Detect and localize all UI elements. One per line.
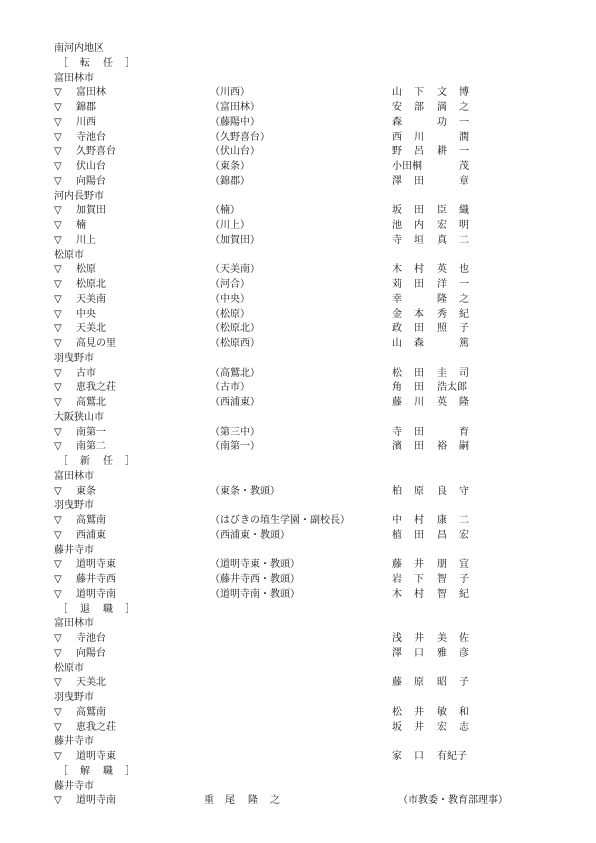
school-name: 南第二 bbox=[76, 440, 106, 454]
name-char: 柏 bbox=[392, 485, 402, 499]
school-name: 伏山台 bbox=[76, 160, 106, 174]
city-heading: 松原市 bbox=[54, 662, 554, 676]
previous-post: （東条） bbox=[210, 160, 250, 174]
section-label-char: 任 bbox=[103, 57, 113, 71]
name-char: 安 bbox=[392, 101, 402, 115]
name-char: 之 bbox=[459, 293, 469, 307]
triangle-marker-icon: ▽ bbox=[54, 337, 62, 351]
section-label-char: 任 bbox=[103, 455, 113, 469]
name-char: 也 bbox=[459, 263, 469, 277]
name-char: 田 bbox=[414, 367, 424, 381]
city-heading: 河内長野市 bbox=[54, 190, 554, 204]
school-name: 向陽台 bbox=[76, 647, 106, 661]
triangle-marker-icon: ▽ bbox=[54, 794, 62, 808]
name-char: 村 bbox=[414, 514, 424, 528]
personnel-row: ▽西浦東（西浦東・教頭）植田昌宏 bbox=[54, 529, 554, 543]
document-page: 南河内地区［転任］富田林市▽富田林（川西）山下文博▽錦郡（富田林）安部満之▽川西… bbox=[0, 0, 596, 843]
triangle-marker-icon: ▽ bbox=[54, 160, 62, 174]
school-name: 寺池台 bbox=[76, 131, 106, 145]
city-heading: 羽曳野市 bbox=[54, 352, 554, 366]
personnel-row: ▽松原北（河合）苅田洋一 bbox=[54, 278, 554, 292]
previous-post: （東条・教頭） bbox=[210, 485, 280, 499]
name-char: 田 bbox=[414, 440, 424, 454]
name-char: 松 bbox=[392, 367, 402, 381]
school-name: 古市 bbox=[76, 367, 96, 381]
section-label-char: ［ bbox=[58, 57, 68, 71]
personnel-row: ▽恵我之荘（古市）角田浩太郎 bbox=[54, 381, 554, 395]
name-char: 濱 bbox=[392, 440, 402, 454]
section-label-char: 職 bbox=[103, 765, 113, 779]
name-char: 一 bbox=[459, 145, 469, 159]
name-char: 澤 bbox=[392, 175, 402, 189]
name-char: 本 bbox=[414, 308, 424, 322]
name-char: 智 bbox=[437, 573, 447, 587]
name-char: 田 bbox=[414, 381, 424, 395]
school-name: 道明寺南 bbox=[76, 588, 116, 602]
name-char: 川 bbox=[414, 131, 424, 145]
name-char: 宏 bbox=[459, 529, 469, 543]
name-char: 木 bbox=[392, 588, 402, 602]
name-char: 之 bbox=[270, 794, 280, 808]
previous-post: （松原北） bbox=[210, 322, 260, 336]
personnel-row: ▽南第二（南第一）濱田裕嗣 bbox=[54, 440, 554, 454]
name-char: 守 bbox=[459, 485, 469, 499]
school-name: 楠 bbox=[76, 219, 86, 233]
previous-post: （はびきの埴生学園・副校長） bbox=[210, 514, 350, 528]
personnel-row: ▽天美北藤原昭子 bbox=[54, 676, 554, 690]
name-char: 下 bbox=[414, 573, 424, 587]
name-char: 中 bbox=[392, 514, 402, 528]
section-heading: ［退職］ bbox=[54, 603, 554, 617]
name-char: 尾 bbox=[225, 794, 235, 808]
name-char: 和 bbox=[459, 706, 469, 720]
previous-post: （加賀田） bbox=[210, 234, 260, 248]
school-name: 恵我之荘 bbox=[76, 721, 116, 735]
triangle-marker-icon: ▽ bbox=[54, 131, 62, 145]
personnel-row: ▽恵我之荘坂井宏志 bbox=[54, 721, 554, 735]
school-name: 寺池台 bbox=[76, 632, 106, 646]
triangle-marker-icon: ▽ bbox=[54, 750, 62, 764]
city-name: 藤井寺市 bbox=[54, 735, 94, 749]
school-name: 藤井寺西 bbox=[76, 573, 116, 587]
personnel-row: ▽錦郡（富田林）安部満之 bbox=[54, 101, 554, 115]
name-char: 垣 bbox=[414, 234, 424, 248]
name-char: 内 bbox=[414, 219, 424, 233]
name-char: 井 bbox=[414, 706, 424, 720]
city-name: 松原市 bbox=[54, 249, 84, 263]
name-char: 嗣 bbox=[459, 440, 469, 454]
name-char: 佐 bbox=[459, 632, 469, 646]
personnel-row: ▽古市（高鷲北）松田圭司 bbox=[54, 367, 554, 381]
name-char: 池 bbox=[392, 219, 402, 233]
previous-post: （松原西） bbox=[210, 337, 260, 351]
city-name: 羽曳野市 bbox=[54, 499, 94, 513]
personnel-row: ▽高鷲南松井敏和 bbox=[54, 706, 554, 720]
school-name: 中央 bbox=[76, 308, 96, 322]
section-label-char: ［ bbox=[58, 603, 68, 617]
personnel-row: ▽伏山台（東条）小田桐茂 bbox=[54, 160, 554, 174]
name-char: 昭 bbox=[437, 676, 447, 690]
city-name: 大阪狭山市 bbox=[54, 411, 104, 425]
name-char: 照 bbox=[437, 322, 447, 336]
previous-post: （道明寺東・教頭） bbox=[210, 558, 300, 572]
name-char: 藤 bbox=[392, 558, 402, 572]
name-char: 川 bbox=[414, 396, 424, 410]
district-heading: 南河内地区 bbox=[54, 42, 554, 56]
city-name: 富田林市 bbox=[54, 72, 94, 86]
name-char: 金 bbox=[392, 308, 402, 322]
name-char: 雅 bbox=[437, 647, 447, 661]
name-char: 隆 bbox=[459, 396, 469, 410]
school-name: 西浦東 bbox=[76, 529, 106, 543]
previous-post: （錦郡） bbox=[210, 175, 250, 189]
section-heading: ［新任］ bbox=[54, 455, 554, 469]
name-char: 司 bbox=[459, 367, 469, 381]
name-char: 秀 bbox=[437, 308, 447, 322]
name-char: 森 bbox=[392, 116, 402, 130]
triangle-marker-icon: ▽ bbox=[54, 145, 62, 159]
name-char: 隆 bbox=[248, 794, 258, 808]
school-name: 向陽台 bbox=[76, 175, 106, 189]
school-name: 富田林 bbox=[76, 86, 106, 100]
name-char: 真 bbox=[437, 234, 447, 248]
section-label-char: 解 bbox=[80, 765, 90, 779]
name-char: 呂 bbox=[414, 145, 424, 159]
name-char: 田 bbox=[414, 426, 424, 440]
triangle-marker-icon: ▽ bbox=[54, 293, 62, 307]
section-label-char: ］ bbox=[125, 765, 135, 779]
name-char: 朋 bbox=[437, 558, 447, 572]
school-name: 高見の里 bbox=[76, 337, 116, 351]
city-name: 富田林市 bbox=[54, 617, 94, 631]
city-heading: 羽曳野市 bbox=[54, 691, 554, 705]
name-char: 寺 bbox=[392, 234, 402, 248]
triangle-marker-icon: ▽ bbox=[54, 381, 62, 395]
city-name: 河内長野市 bbox=[54, 190, 104, 204]
name-char: 育 bbox=[459, 426, 469, 440]
name-char: 苅 bbox=[392, 278, 402, 292]
city-heading: 羽曳野市 bbox=[54, 499, 554, 513]
previous-post: （川西） bbox=[210, 86, 250, 100]
triangle-marker-icon: ▽ bbox=[54, 396, 62, 410]
triangle-marker-icon: ▽ bbox=[54, 632, 62, 646]
school-name: 南第一 bbox=[76, 426, 106, 440]
name-char: 満 bbox=[437, 101, 447, 115]
school-name: 松原 bbox=[76, 263, 96, 277]
personnel-row: ▽道明寺東（道明寺東・教頭）藤井朋宜 bbox=[54, 558, 554, 572]
section-label-char: 職 bbox=[103, 603, 113, 617]
city-name: 松原市 bbox=[54, 662, 84, 676]
personnel-row: ▽川上（加賀田）寺垣真二 bbox=[54, 234, 554, 248]
new-post-note: （市教委・教育部理事） bbox=[398, 794, 508, 808]
previous-post: （富田林） bbox=[210, 101, 260, 115]
name-char: 宏 bbox=[437, 721, 447, 735]
name-char: 田 bbox=[414, 278, 424, 292]
section-label-char: 新 bbox=[80, 455, 90, 469]
name-char: 英 bbox=[437, 263, 447, 277]
name-char: 英 bbox=[437, 396, 447, 410]
name-char: 織 bbox=[459, 204, 469, 218]
personnel-row: ▽高見の里（松原西）山森篤 bbox=[54, 337, 554, 351]
name-char: 臣 bbox=[437, 204, 447, 218]
school-name: 恵我之荘 bbox=[76, 381, 116, 395]
school-name: 高鷲北 bbox=[76, 396, 106, 410]
name-char: 文 bbox=[437, 86, 447, 100]
previous-post: （第三中） bbox=[210, 426, 260, 440]
city-heading: 藤井寺市 bbox=[54, 735, 554, 749]
name-char: 宏 bbox=[437, 219, 447, 233]
triangle-marker-icon: ▽ bbox=[54, 558, 62, 572]
city-name: 富田林市 bbox=[54, 470, 94, 484]
personnel-row: ▽向陽台澤口雅彦 bbox=[54, 647, 554, 661]
name-char: 子 bbox=[459, 676, 469, 690]
previous-post: （久野喜台） bbox=[210, 131, 270, 145]
triangle-marker-icon: ▽ bbox=[54, 647, 62, 661]
name-char: 潤 bbox=[459, 131, 469, 145]
name-char: 美 bbox=[437, 632, 447, 646]
previous-post: （川上） bbox=[210, 219, 250, 233]
section-label-char: 退 bbox=[80, 603, 90, 617]
name-char: 下 bbox=[414, 86, 424, 100]
previous-post: （伏山台） bbox=[210, 145, 260, 159]
triangle-marker-icon: ▽ bbox=[54, 175, 62, 189]
school-name: 高鷲南 bbox=[76, 514, 106, 528]
personnel-row: ▽藤井寺西（藤井寺西・教頭）岩下智子 bbox=[54, 573, 554, 587]
name-char: 藤 bbox=[392, 396, 402, 410]
triangle-marker-icon: ▽ bbox=[54, 588, 62, 602]
name-char: 重 bbox=[204, 794, 214, 808]
name-char: 浩太郎 bbox=[437, 381, 467, 395]
name-char: 田 bbox=[414, 175, 424, 189]
personnel-row: ▽川西（藤陽中）森功一 bbox=[54, 116, 554, 130]
previous-post: （松原） bbox=[210, 308, 250, 322]
name-char: 裕 bbox=[437, 440, 447, 454]
triangle-marker-icon: ▽ bbox=[54, 278, 62, 292]
section-label-char: 転 bbox=[80, 57, 90, 71]
name-char: 茂 bbox=[459, 160, 469, 174]
city-heading: 藤井寺市 bbox=[54, 780, 554, 794]
personnel-row: ▽富田林（川西）山下文博 bbox=[54, 86, 554, 100]
name-char: 田 bbox=[414, 322, 424, 336]
section-label-char: ［ bbox=[58, 765, 68, 779]
city-heading: 富田林市 bbox=[54, 470, 554, 484]
school-name: 高鷲南 bbox=[76, 706, 106, 720]
name-char: 二 bbox=[459, 514, 469, 528]
name-char: 木 bbox=[392, 263, 402, 277]
name-char: 藤 bbox=[392, 676, 402, 690]
name-char: 子 bbox=[459, 573, 469, 587]
name-char: 敏 bbox=[437, 706, 447, 720]
triangle-marker-icon: ▽ bbox=[54, 573, 62, 587]
name-char: 井 bbox=[414, 632, 424, 646]
triangle-marker-icon: ▽ bbox=[54, 529, 62, 543]
triangle-marker-icon: ▽ bbox=[54, 204, 62, 218]
triangle-marker-icon: ▽ bbox=[54, 86, 62, 100]
previous-post: （道明寺南・教頭） bbox=[210, 588, 300, 602]
triangle-marker-icon: ▽ bbox=[54, 721, 62, 735]
previous-post: （西浦東） bbox=[210, 396, 260, 410]
previous-post: （藤陽中） bbox=[210, 116, 260, 130]
triangle-marker-icon: ▽ bbox=[54, 426, 62, 440]
name-char: 野 bbox=[392, 145, 402, 159]
school-name: 久野喜台 bbox=[76, 145, 116, 159]
previous-post: （河合） bbox=[210, 278, 250, 292]
personnel-row: ▽東条（東条・教頭）柏原良守 bbox=[54, 485, 554, 499]
city-heading: 松原市 bbox=[54, 249, 554, 263]
triangle-marker-icon: ▽ bbox=[54, 676, 62, 690]
section-label-char: ［ bbox=[58, 455, 68, 469]
personnel-row: ▽道明寺南重尾隆之（市教委・教育部理事） bbox=[54, 794, 554, 808]
name-char: 篤 bbox=[459, 337, 469, 351]
school-name: 道明寺東 bbox=[76, 750, 116, 764]
section-heading: ［転任］ bbox=[54, 57, 554, 71]
personnel-row: ▽高鷲北（西浦東）藤川英隆 bbox=[54, 396, 554, 410]
name-char: 井 bbox=[414, 721, 424, 735]
previous-post: （藤井寺西・教頭） bbox=[210, 573, 300, 587]
previous-post: （南第一） bbox=[210, 440, 260, 454]
name-char: 子 bbox=[459, 322, 469, 336]
triangle-marker-icon: ▽ bbox=[54, 263, 62, 277]
name-char: 森 bbox=[414, 337, 424, 351]
school-name: 錦郡 bbox=[76, 101, 96, 115]
city-heading: 富田林市 bbox=[54, 617, 554, 631]
name-char: 寺 bbox=[392, 426, 402, 440]
section-label-char: ］ bbox=[125, 603, 135, 617]
school-name: 天美北 bbox=[76, 676, 106, 690]
previous-post: （楠） bbox=[210, 204, 240, 218]
triangle-marker-icon: ▽ bbox=[54, 514, 62, 528]
city-heading: 藤井寺市 bbox=[54, 544, 554, 558]
name-char: 政 bbox=[392, 322, 402, 336]
name-char: 部 bbox=[414, 101, 424, 115]
name-char: 植 bbox=[392, 529, 402, 543]
personnel-row: ▽楠（川上）池内宏明 bbox=[54, 219, 554, 233]
name-char: 井 bbox=[414, 558, 424, 572]
name-char: 村 bbox=[414, 588, 424, 602]
name-char: 田 bbox=[414, 204, 424, 218]
name-char: 家 bbox=[392, 750, 402, 764]
triangle-marker-icon: ▽ bbox=[54, 367, 62, 381]
school-name: 天美北 bbox=[76, 322, 106, 336]
name-char: 角 bbox=[392, 381, 402, 395]
name-char: 西 bbox=[392, 131, 402, 145]
name-char: 博 bbox=[459, 86, 469, 100]
name-char: 紀 bbox=[459, 308, 469, 322]
personnel-row: ▽向陽台（錦郡）澤田章 bbox=[54, 175, 554, 189]
triangle-marker-icon: ▽ bbox=[54, 101, 62, 115]
name-char: 彦 bbox=[459, 647, 469, 661]
previous-post: （西浦東・教頭） bbox=[210, 529, 290, 543]
personnel-row: ▽天美南（中央）幸隆之 bbox=[54, 293, 554, 307]
school-name: 道明寺南 bbox=[76, 794, 116, 808]
name-char: 口 bbox=[414, 750, 424, 764]
name-char: 村 bbox=[414, 263, 424, 277]
name-char: 坂 bbox=[392, 721, 402, 735]
name-char: 一 bbox=[459, 278, 469, 292]
name-char: 耕 bbox=[437, 145, 447, 159]
triangle-marker-icon: ▽ bbox=[54, 322, 62, 336]
personnel-row: ▽中央（松原）金本秀紀 bbox=[54, 308, 554, 322]
name-char: 澤 bbox=[392, 647, 402, 661]
triangle-marker-icon: ▽ bbox=[54, 234, 62, 248]
name-char: 口 bbox=[414, 647, 424, 661]
name-char: 幸 bbox=[392, 293, 402, 307]
school-name: 川西 bbox=[76, 116, 96, 130]
section-label-char: ］ bbox=[125, 455, 135, 469]
name-char: 一 bbox=[459, 116, 469, 130]
personnel-row: ▽寺池台（久野喜台）西川潤 bbox=[54, 131, 554, 145]
school-name: 道明寺東 bbox=[76, 558, 116, 572]
personnel-row: ▽松原（天美南）木村英也 bbox=[54, 263, 554, 277]
name-char: 岩 bbox=[392, 573, 402, 587]
personnel-row: ▽天美北（松原北）政田照子 bbox=[54, 322, 554, 336]
name-char: 昌 bbox=[437, 529, 447, 543]
city-name: 藤井寺市 bbox=[54, 780, 94, 794]
triangle-marker-icon: ▽ bbox=[54, 116, 62, 130]
personnel-row: ▽南第一（第三中）寺田育 bbox=[54, 426, 554, 440]
name-char: 洋 bbox=[437, 278, 447, 292]
name-char: 有紀子 bbox=[437, 750, 467, 764]
triangle-marker-icon: ▽ bbox=[54, 219, 62, 233]
name-char: 田 bbox=[414, 529, 424, 543]
name-char: 松 bbox=[392, 706, 402, 720]
personnel-row: ▽寺池台浅井美佐 bbox=[54, 632, 554, 646]
name-char: 紀 bbox=[459, 588, 469, 602]
school-name: 松原北 bbox=[76, 278, 106, 292]
city-name: 羽曳野市 bbox=[54, 691, 94, 705]
name-char: 二 bbox=[459, 234, 469, 248]
district-title: 南河内地区 bbox=[54, 42, 104, 56]
previous-post: （高鷲北） bbox=[210, 367, 260, 381]
triangle-marker-icon: ▽ bbox=[54, 440, 62, 454]
name-char: 功 bbox=[437, 116, 447, 130]
personnel-row: ▽加賀田（楠）坂田臣織 bbox=[54, 204, 554, 218]
name-char: 志 bbox=[459, 721, 469, 735]
name-char: 章 bbox=[459, 175, 469, 189]
name-char: 康 bbox=[437, 514, 447, 528]
school-name: 川上 bbox=[76, 234, 96, 248]
personnel-row: ▽高鷲南（はびきの埴生学園・副校長）中村康二 bbox=[54, 514, 554, 528]
previous-post: （中央） bbox=[210, 293, 250, 307]
name-char: 圭 bbox=[437, 367, 447, 381]
school-name: 加賀田 bbox=[76, 204, 106, 218]
personnel-row: ▽道明寺南（道明寺南・教頭）木村智紀 bbox=[54, 588, 554, 602]
city-heading: 富田林市 bbox=[54, 72, 554, 86]
name-char: 智 bbox=[437, 588, 447, 602]
previous-post: （古市） bbox=[210, 381, 250, 395]
triangle-marker-icon: ▽ bbox=[54, 485, 62, 499]
name-char: 隆 bbox=[437, 293, 447, 307]
name-char: 原 bbox=[414, 676, 424, 690]
personnel-row: ▽久野喜台（伏山台）野呂耕一 bbox=[54, 145, 554, 159]
name-char: 宜 bbox=[459, 558, 469, 572]
previous-post: （天美南） bbox=[210, 263, 260, 277]
name-char: 明 bbox=[459, 219, 469, 233]
name-char: 之 bbox=[459, 101, 469, 115]
name-char: 山 bbox=[392, 86, 402, 100]
personnel-row: ▽道明寺東家口有紀子 bbox=[54, 750, 554, 764]
city-heading: 大阪狭山市 bbox=[54, 411, 554, 425]
triangle-marker-icon: ▽ bbox=[54, 706, 62, 720]
name-char: 山 bbox=[392, 337, 402, 351]
school-name: 東条 bbox=[76, 485, 96, 499]
section-label-char: ］ bbox=[125, 57, 135, 71]
name-char: 良 bbox=[437, 485, 447, 499]
name-char: 坂 bbox=[392, 204, 402, 218]
name-char: 浅 bbox=[392, 632, 402, 646]
name-char: 原 bbox=[414, 485, 424, 499]
section-heading: ［解職］ bbox=[54, 765, 554, 779]
